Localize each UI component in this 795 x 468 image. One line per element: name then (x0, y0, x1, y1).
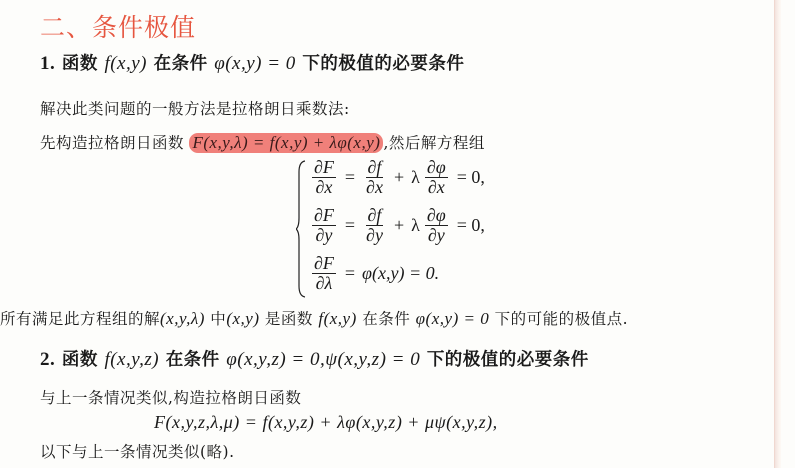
paragraph-solutions: 所有满足此方程组的解(x,y,λ) 中(x,y) 是函数 f(x,y) 在条件 … (0, 307, 628, 329)
item1-math-b: φ(x,y) = 0 (214, 53, 296, 74)
paragraph-construct: 先构造拉格朗日函数 F(x,y,λ) = f(x,y) + λφ(x,y),然后… (40, 131, 485, 153)
page-edge-shadow (774, 0, 781, 468)
left-brace-icon (296, 160, 306, 298)
item2-heading: 2. 函数 f(x,y,z) 在条件 φ(x,y,z) = 0,ψ(x,y,z)… (40, 346, 589, 371)
equation-system: ∂F∂x = ∂f∂x +λ ∂φ∂x = 0, ∂F∂y = ∂f∂y +λ … (296, 158, 656, 300)
equation-row-y: ∂F∂y = ∂f∂y +λ ∂φ∂y = 0, (310, 206, 485, 245)
item1-number: 1. (40, 53, 55, 74)
highlighted-lagrange-formula: F(x,y,λ) = f(x,y) + λφ(x,y) (189, 133, 383, 153)
paragraph-similar: 与上一条情况类似,构造拉格朗日函数 (40, 386, 301, 408)
construct-prefix: 先构造拉格朗日函数 (40, 134, 184, 152)
paragraph-omitted: 以下与上一条情况类似(略). (40, 440, 235, 462)
item1-text-a: 函数 (62, 54, 98, 74)
item2-math-a: f(x,y,z) (104, 349, 159, 370)
item2-text-a: 函数 (62, 350, 98, 370)
paragraph-method: 解决此类问题的一般方法是拉格朗日乘数法: (40, 97, 350, 119)
item1-math-a: f(x,y) (104, 53, 147, 74)
item2-text-c: 下的极值的必要条件 (427, 350, 589, 370)
equation-row-lambda: ∂F∂λ = φ(x,y) = 0. (310, 254, 439, 293)
item2-text-b: 在条件 (166, 350, 220, 370)
item1-heading: 1. 函数 f(x,y) 在条件 φ(x,y) = 0 下的极值的必要条件 (40, 50, 464, 75)
section-title: 二、条件极值 (40, 8, 196, 44)
item1-text-b: 在条件 (154, 54, 208, 74)
item2-number: 2. (40, 349, 55, 370)
construct-suffix: ,然后解方程组 (383, 134, 484, 152)
item1-text-c: 下的极值的必要条件 (302, 54, 464, 74)
item2-math-b: φ(x,y,z) = 0,ψ(x,y,z) = 0 (226, 349, 420, 370)
equation-row-x: ∂F∂x = ∂f∂x +λ ∂φ∂x = 0, (310, 158, 485, 197)
lagrange-formula-2: F(x,y,z,λ,μ) = f(x,y,z) + λφ(x,y,z) + μψ… (154, 412, 498, 433)
